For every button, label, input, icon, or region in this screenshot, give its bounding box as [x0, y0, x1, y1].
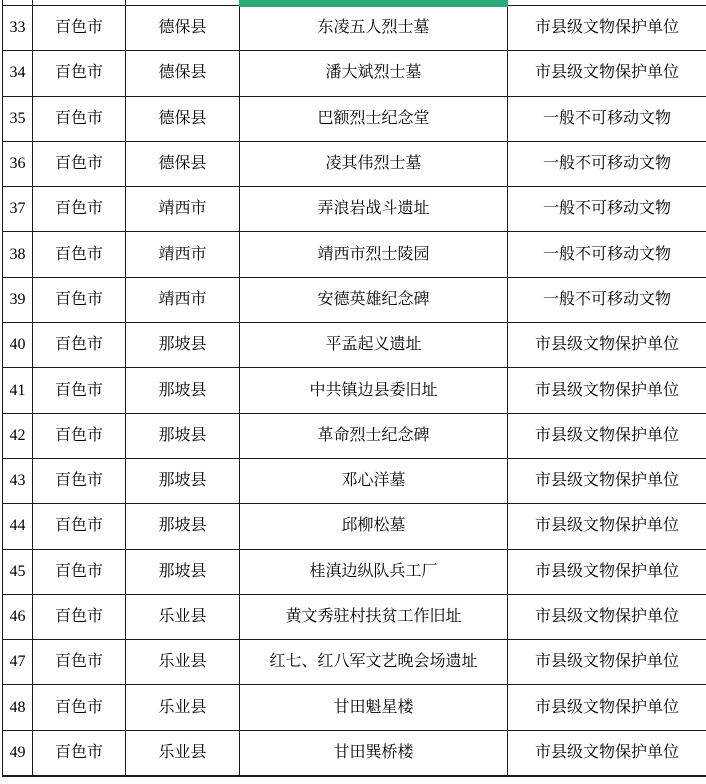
cell-city: 百色市	[33, 368, 126, 413]
cell-index: 43	[3, 459, 33, 504]
cell-city: 百色市	[33, 323, 126, 368]
cell-county: 那坡县	[126, 504, 240, 549]
cell-county: 那坡县	[126, 550, 240, 595]
cell-protection-level: 一般不可移动文物	[508, 97, 706, 142]
cell-index: 47	[3, 640, 33, 685]
cell-protection-level: 市县级文物保护单位	[508, 459, 706, 504]
cell-site-name: 桂滇边纵队兵工厂	[240, 550, 508, 595]
cell-protection-level: 市县级文物保护单位	[508, 504, 706, 549]
cell-protection-level: 市县级文物保护单位	[508, 6, 706, 51]
cell-protection-level: 市县级文物保护单位	[508, 640, 706, 685]
cell-site-name: 红七、红八军文艺晚会场遗址	[240, 640, 508, 685]
document-page: 33 百色市 德保县 东凌五人烈士墓 市县级文物保护单位 34 百色市 德保县 …	[0, 0, 706, 784]
cell-county: 靖西市	[126, 278, 240, 323]
cell-index: 33	[3, 6, 33, 51]
cell-county: 德保县	[126, 6, 240, 51]
table-row: 40 百色市 那坡县 平孟起义遗址 市县级文物保护单位	[3, 323, 706, 368]
cell-city: 百色市	[33, 278, 126, 323]
cell-site-name: 中共镇边县委旧址	[240, 368, 508, 413]
table-row: 36 百色市 德保县 凌其伟烈士墓 一般不可移动文物	[3, 142, 706, 187]
table-row: 34 百色市 德保县 潘大斌烈士墓 市县级文物保护单位	[3, 51, 706, 96]
table-row: 49 百色市 乐业县 甘田巽桥楼 市县级文物保护单位	[3, 731, 706, 776]
cell-protection-level: 市县级文物保护单位	[508, 550, 706, 595]
table-row: 37 百色市 靖西市 弄浪岩战斗遗址 一般不可移动文物	[3, 187, 706, 232]
table-row: 35 百色市 德保县 巴额烈士纪念堂 一般不可移动文物	[3, 97, 706, 142]
cell-city: 百色市	[33, 459, 126, 504]
cell-index: 48	[3, 685, 33, 730]
cell-city: 百色市	[33, 550, 126, 595]
cell-city: 百色市	[33, 97, 126, 142]
cell-city: 百色市	[33, 640, 126, 685]
cell-site-name: 邱柳松墓	[240, 504, 508, 549]
table-row: 39 百色市 靖西市 安德英雄纪念碑 一般不可移动文物	[3, 278, 706, 323]
cell-county: 靖西市	[126, 232, 240, 277]
cell-index: 35	[3, 97, 33, 142]
cell-site-name: 黄文秀驻村扶贫工作旧址	[240, 595, 508, 640]
cell-city: 百色市	[33, 595, 126, 640]
cell-protection-level: 市县级文物保护单位	[508, 414, 706, 459]
cell-index: 39	[3, 278, 33, 323]
cell-protection-level: 市县级文物保护单位	[508, 685, 706, 730]
cell-protection-level: 一般不可移动文物	[508, 278, 706, 323]
heritage-table: 33 百色市 德保县 东凌五人烈士墓 市县级文物保护单位 34 百色市 德保县 …	[2, 0, 706, 777]
cell-index: 44	[3, 504, 33, 549]
table-row: 38 百色市 靖西市 靖西市烈士陵园 一般不可移动文物	[3, 232, 706, 277]
table-row: 48 百色市 乐业县 甘田魁星楼 市县级文物保护单位	[3, 685, 706, 730]
cell-county: 乐业县	[126, 595, 240, 640]
cell-site-name: 甘田魁星楼	[240, 685, 508, 730]
table-row: 43 百色市 那坡县 邓心洋墓 市县级文物保护单位	[3, 459, 706, 504]
cell-county: 德保县	[126, 51, 240, 96]
cell-site-name: 平孟起义遗址	[240, 323, 508, 368]
cell-index: 38	[3, 232, 33, 277]
cell-site-name: 靖西市烈士陵园	[240, 232, 508, 277]
table-row: 45 百色市 那坡县 桂滇边纵队兵工厂 市县级文物保护单位	[3, 550, 706, 595]
cell-site-name: 弄浪岩战斗遗址	[240, 187, 508, 232]
cell-site-name: 凌其伟烈士墓	[240, 142, 508, 187]
table-row: 33 百色市 德保县 东凌五人烈士墓 市县级文物保护单位	[3, 6, 706, 51]
cell-index: 45	[3, 550, 33, 595]
cell-city: 百色市	[33, 187, 126, 232]
table-row: 42 百色市 那坡县 革命烈士纪念碑 市县级文物保护单位	[3, 414, 706, 459]
cell-county: 乐业县	[126, 640, 240, 685]
table-body: 33 百色市 德保县 东凌五人烈士墓 市县级文物保护单位 34 百色市 德保县 …	[3, 6, 706, 776]
cell-county: 那坡县	[126, 459, 240, 504]
cell-index: 37	[3, 187, 33, 232]
cell-site-name: 潘大斌烈士墓	[240, 51, 508, 96]
cell-site-name: 甘田巽桥楼	[240, 731, 508, 776]
cell-protection-level: 市县级文物保护单位	[508, 731, 706, 776]
cell-city: 百色市	[33, 731, 126, 776]
cell-county: 乐业县	[126, 731, 240, 776]
cell-protection-level: 市县级文物保护单位	[508, 51, 706, 96]
table-row: 46 百色市 乐业县 黄文秀驻村扶贫工作旧址 市县级文物保护单位	[3, 595, 706, 640]
cell-protection-level: 一般不可移动文物	[508, 187, 706, 232]
cell-county: 乐业县	[126, 685, 240, 730]
cell-county: 靖西市	[126, 187, 240, 232]
cell-index: 40	[3, 323, 33, 368]
cell-index: 42	[3, 414, 33, 459]
cell-site-name: 邓心洋墓	[240, 459, 508, 504]
cell-protection-level: 市县级文物保护单位	[508, 368, 706, 413]
cell-city: 百色市	[33, 504, 126, 549]
cell-city: 百色市	[33, 685, 126, 730]
cell-index: 34	[3, 51, 33, 96]
cell-city: 百色市	[33, 232, 126, 277]
cell-city: 百色市	[33, 51, 126, 96]
cell-index: 36	[3, 142, 33, 187]
cell-site-name: 巴额烈士纪念堂	[240, 97, 508, 142]
cell-index: 41	[3, 368, 33, 413]
table-row: 41 百色市 那坡县 中共镇边县委旧址 市县级文物保护单位	[3, 368, 706, 413]
cell-county: 德保县	[126, 97, 240, 142]
cell-protection-level: 市县级文物保护单位	[508, 323, 706, 368]
cell-site-name: 革命烈士纪念碑	[240, 414, 508, 459]
cell-index: 46	[3, 595, 33, 640]
cell-county: 那坡县	[126, 323, 240, 368]
selection-highlight-bar	[239, 0, 508, 7]
cell-site-name: 东凌五人烈士墓	[240, 6, 508, 51]
cell-county: 那坡县	[126, 414, 240, 459]
cell-protection-level: 一般不可移动文物	[508, 232, 706, 277]
cell-county: 德保县	[126, 142, 240, 187]
cell-county: 那坡县	[126, 368, 240, 413]
cell-protection-level: 市县级文物保护单位	[508, 595, 706, 640]
cell-protection-level: 一般不可移动文物	[508, 142, 706, 187]
cell-city: 百色市	[33, 6, 126, 51]
table-row: 47 百色市 乐业县 红七、红八军文艺晚会场遗址 市县级文物保护单位	[3, 640, 706, 685]
cell-city: 百色市	[33, 142, 126, 187]
cell-index: 49	[3, 731, 33, 776]
cell-site-name: 安德英雄纪念碑	[240, 278, 508, 323]
cell-city: 百色市	[33, 414, 126, 459]
table-row: 44 百色市 那坡县 邱柳松墓 市县级文物保护单位	[3, 504, 706, 549]
